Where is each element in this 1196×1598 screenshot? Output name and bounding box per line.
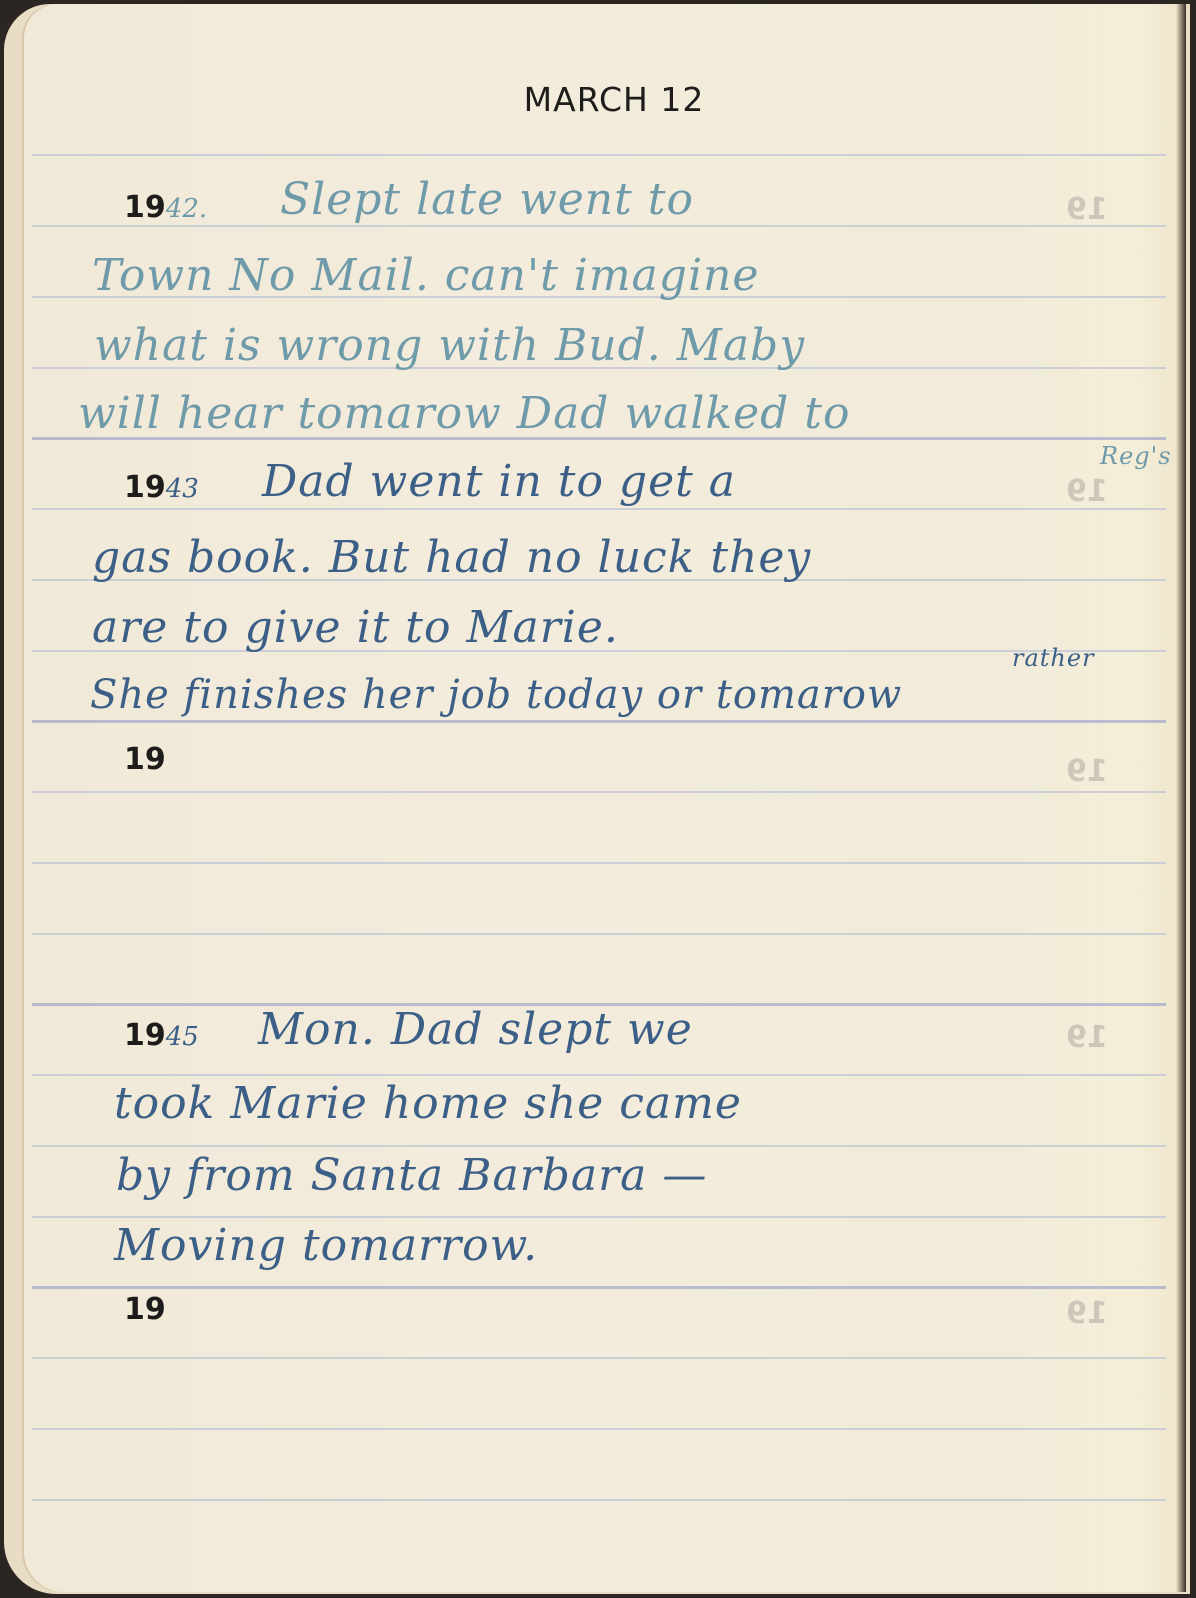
entry-line: will hear tomarow Dad walked to xyxy=(78,388,850,439)
section-divider xyxy=(32,1286,1166,1289)
entry-line: Moving tomarrow. xyxy=(114,1220,538,1271)
show-through-year: 19 xyxy=(1066,1296,1108,1331)
ruled-line xyxy=(32,225,1166,227)
ruled-line xyxy=(32,862,1166,864)
ruled-line xyxy=(32,508,1166,510)
show-through-year: 19 xyxy=(1066,754,1108,789)
show-through-year: 19 xyxy=(1066,1020,1108,1055)
entry-line: Slept late went to xyxy=(280,174,694,225)
page-edge xyxy=(1176,4,1186,1592)
show-through-year: 19 xyxy=(1066,192,1108,227)
superscript-note: rather xyxy=(1012,644,1095,672)
ruled-line xyxy=(32,1428,1166,1430)
entry-line: Dad went in to get a xyxy=(262,456,736,507)
entry-year-blank: 19 xyxy=(124,742,166,777)
entry-year-1945: 1945 xyxy=(124,1018,199,1053)
section-divider xyxy=(32,720,1166,723)
ruled-line xyxy=(32,791,1166,793)
entry-line: Town No Mail. can't imagine xyxy=(92,250,759,301)
entry-year-blank: 19 xyxy=(124,1292,166,1327)
ruled-line xyxy=(32,1145,1166,1147)
ruled-line xyxy=(32,1499,1166,1501)
diary-page: MARCH 12 19 19 19 19 19 1942. Slept late… xyxy=(22,4,1186,1592)
entry-line: gas book. But had no luck they xyxy=(92,532,811,583)
entry-line: Mon. Dad slept we xyxy=(258,1004,693,1055)
entry-line: by from Santa Barbara — xyxy=(116,1150,707,1201)
ruled-line xyxy=(32,154,1166,156)
entry-line: are to give it to Marie. xyxy=(92,602,619,653)
entry-year-1942: 1942. xyxy=(124,190,207,225)
margin-note: Reg's xyxy=(1100,442,1172,470)
ruled-line xyxy=(32,1074,1166,1076)
entry-line: took Marie home she came xyxy=(114,1078,742,1129)
page-title: MARCH 12 xyxy=(22,80,1186,119)
entry-year-1943: 1943 xyxy=(124,470,199,505)
entry-line: what is wrong with Bud. Maby xyxy=(94,320,805,371)
entry-line: She finishes her job today or tomarow xyxy=(90,672,902,718)
show-through-year: 19 xyxy=(1066,474,1108,509)
ruled-line xyxy=(32,1357,1166,1359)
ruled-line xyxy=(32,933,1166,935)
ruled-line xyxy=(32,1216,1166,1218)
